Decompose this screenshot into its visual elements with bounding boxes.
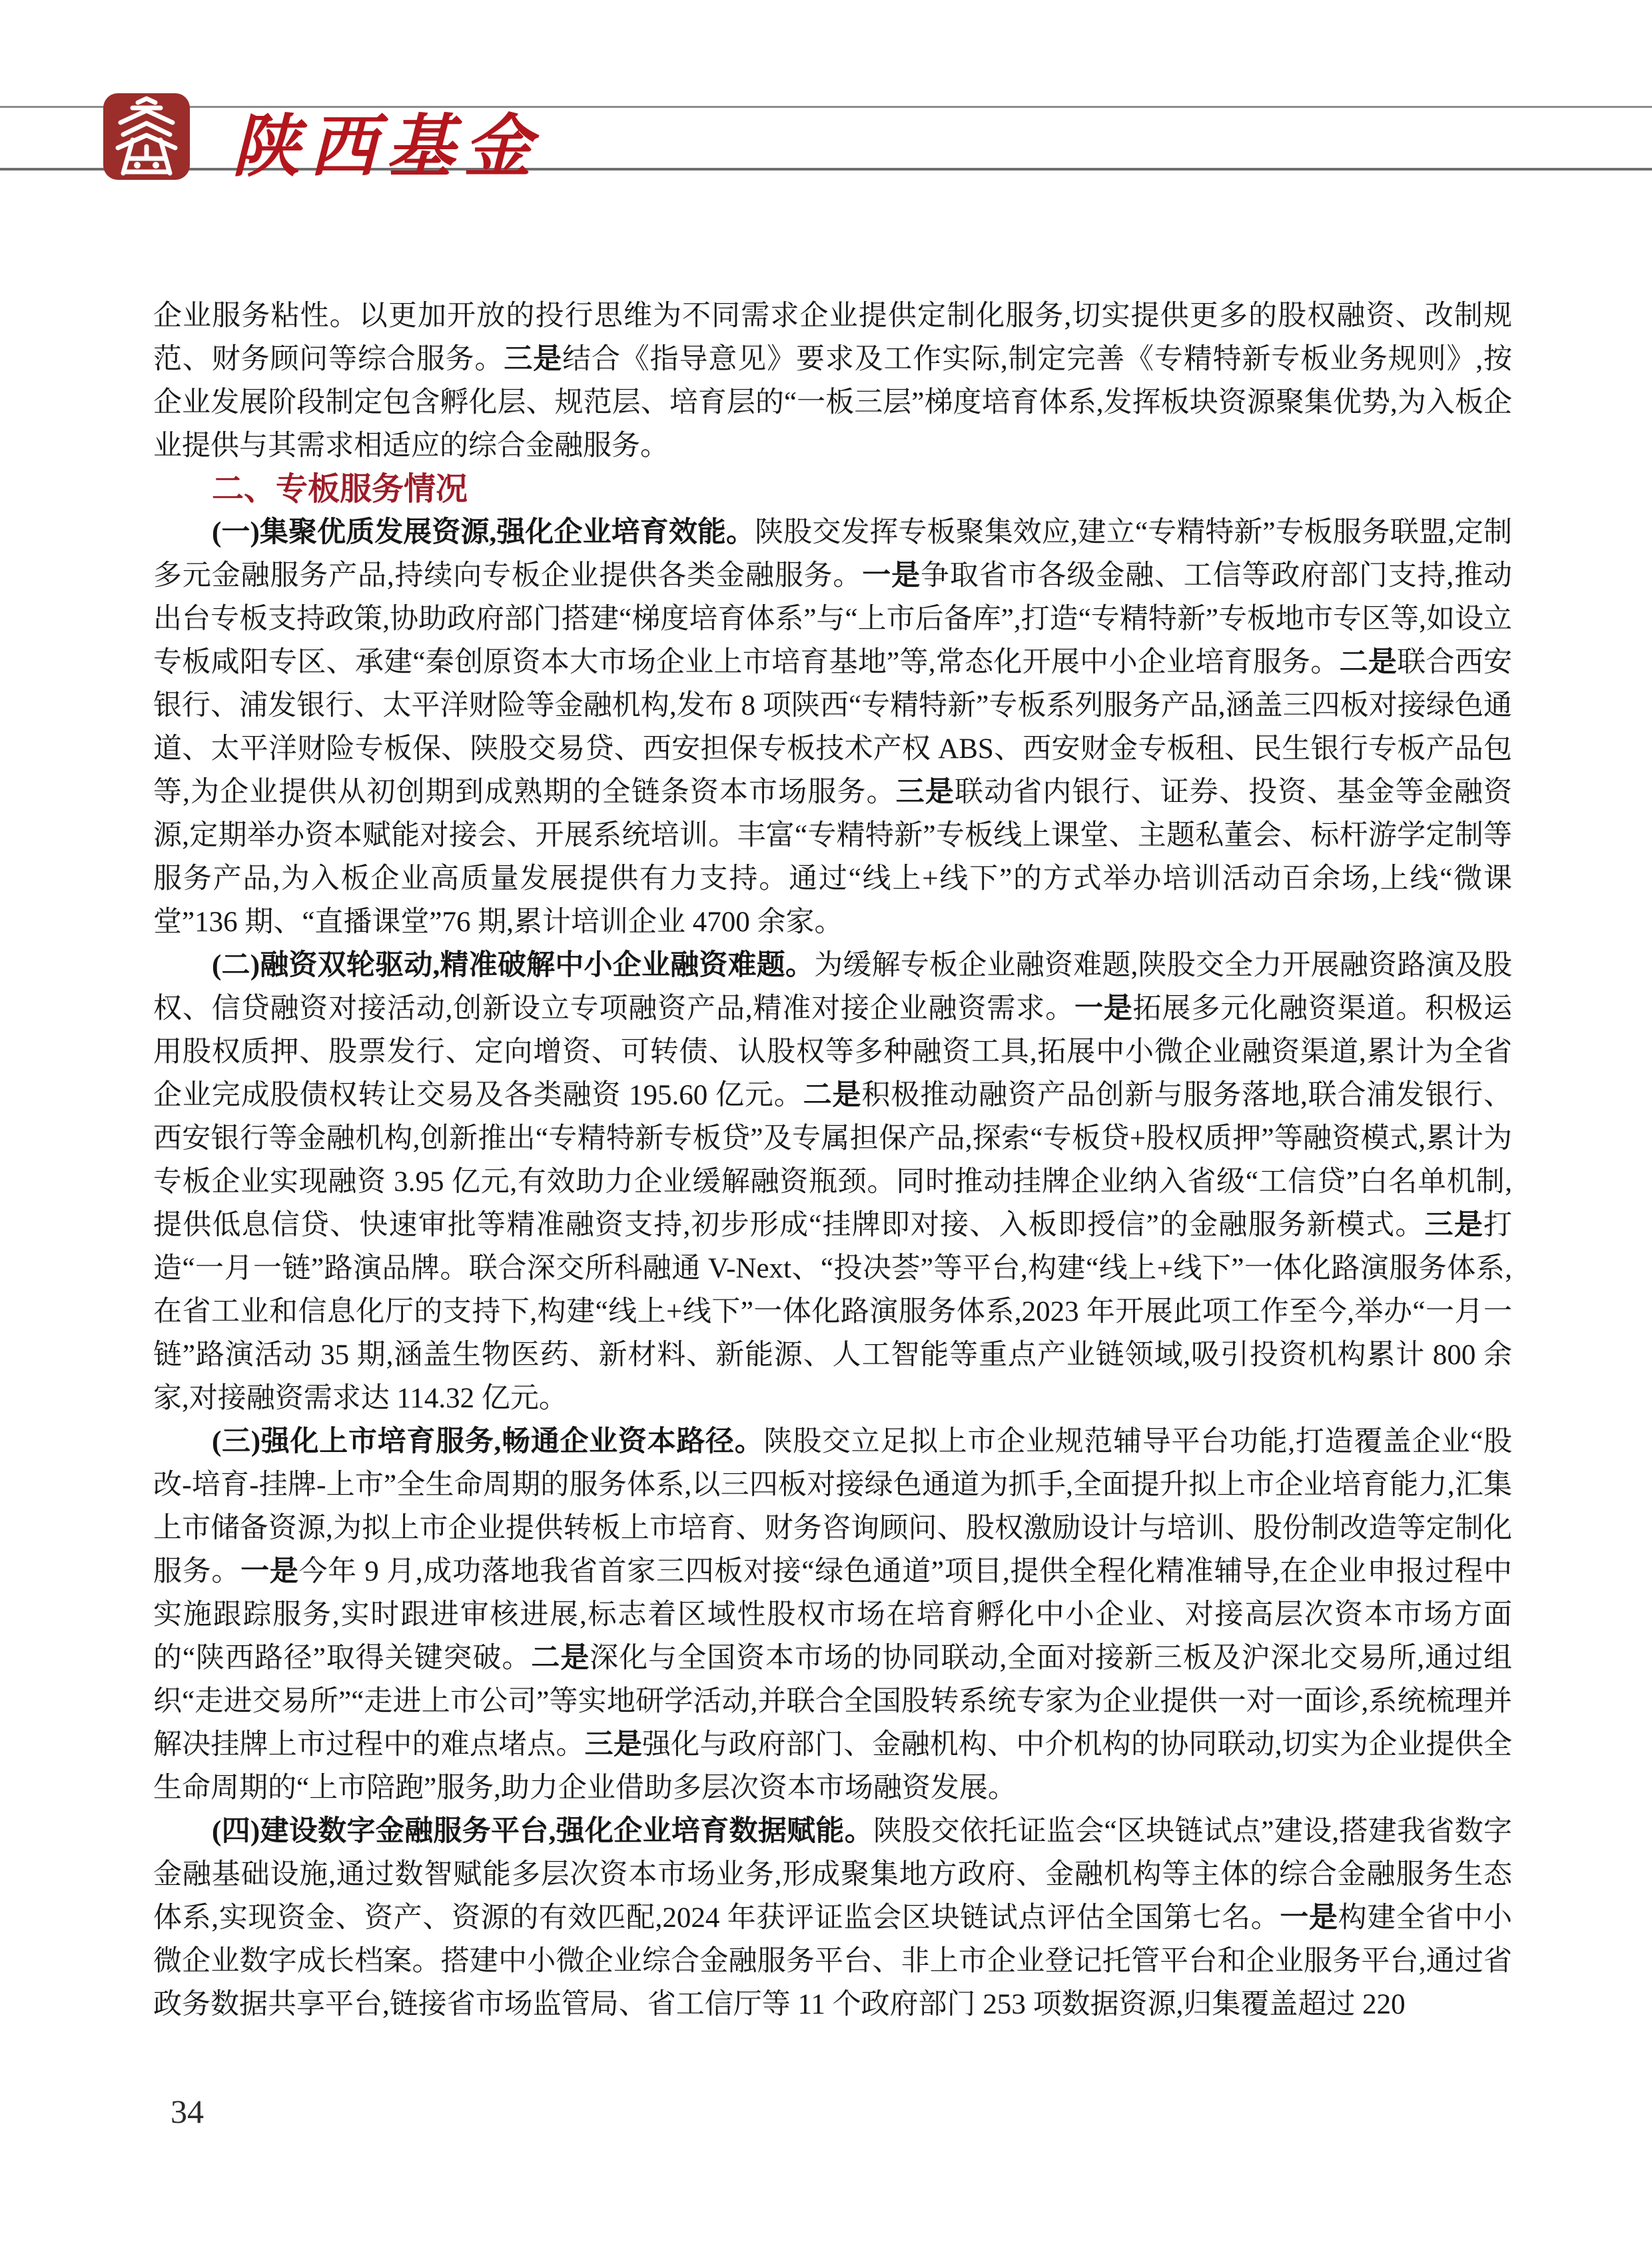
paragraph: (一)集聚优质发展资源,强化企业培育效能。陕股交发挥专板聚集效应,建立“专精特新… xyxy=(153,511,1512,944)
paragraph-subheading: (一)集聚优质发展资源,强化企业培育效能。 xyxy=(212,517,755,548)
paragraph-subheading: (三)强化上市培育服务,畅通企业资本路径。 xyxy=(212,1426,763,1457)
paragraph-subheading: (二)融资双轮驱动,精准破解中小企业融资难题。 xyxy=(212,950,814,981)
page-number: 34 xyxy=(171,2091,204,2131)
emphasis-run: 一是 xyxy=(1074,992,1133,1024)
paragraph-subheading: (四)建设数字金融服务平台,强化企业培育数据赋能。 xyxy=(212,1816,873,1847)
paragraph: 企业服务粘性。以更加开放的投行思维为不同需求企业提供定制化服务,切实提供更多的股… xyxy=(153,294,1512,468)
section-heading: 二、专板服务情况 xyxy=(153,468,1512,511)
emphasis-run: 二是 xyxy=(531,1642,590,1674)
emphasis-run: 三是 xyxy=(504,343,562,375)
emphasis-run: 三是 xyxy=(585,1728,642,1760)
shaanxi-fund-seal-logo-icon xyxy=(103,93,190,180)
masthead-title: 陕西基金 xyxy=(232,101,541,194)
paragraph: (二)融资双轮驱动,精准破解中小企业融资难题。为缓解专板企业融资难题,陕股交全力… xyxy=(153,944,1512,1420)
emphasis-run: 一是 xyxy=(1280,1902,1338,1934)
emphasis-run: 三是 xyxy=(896,776,955,808)
article-body: 企业服务粘性。以更加开放的投行思维为不同需求企业提供定制化服务,切实提供更多的股… xyxy=(153,294,1512,2026)
emphasis-run: 三是 xyxy=(1425,1209,1483,1241)
emphasis-run: 一是 xyxy=(240,1555,298,1587)
page: 陕西基金 企业服务粘性。以更加开放的投行思维为不同需求企业提供定制化服务,切实提… xyxy=(0,0,1652,2242)
emphasis-run: 二是 xyxy=(803,1079,862,1111)
emphasis-run: 二是 xyxy=(1340,646,1398,678)
paragraph: (四)建设数字金融服务平台,强化企业培育数据赋能。陕股交依托证监会“区块链试点”… xyxy=(153,1810,1512,2026)
paragraph: (三)强化上市培育服务,畅通企业资本路径。陕股交立足拟上市企业规范辅导平台功能,… xyxy=(153,1420,1512,1810)
emphasis-run: 一是 xyxy=(862,560,921,591)
